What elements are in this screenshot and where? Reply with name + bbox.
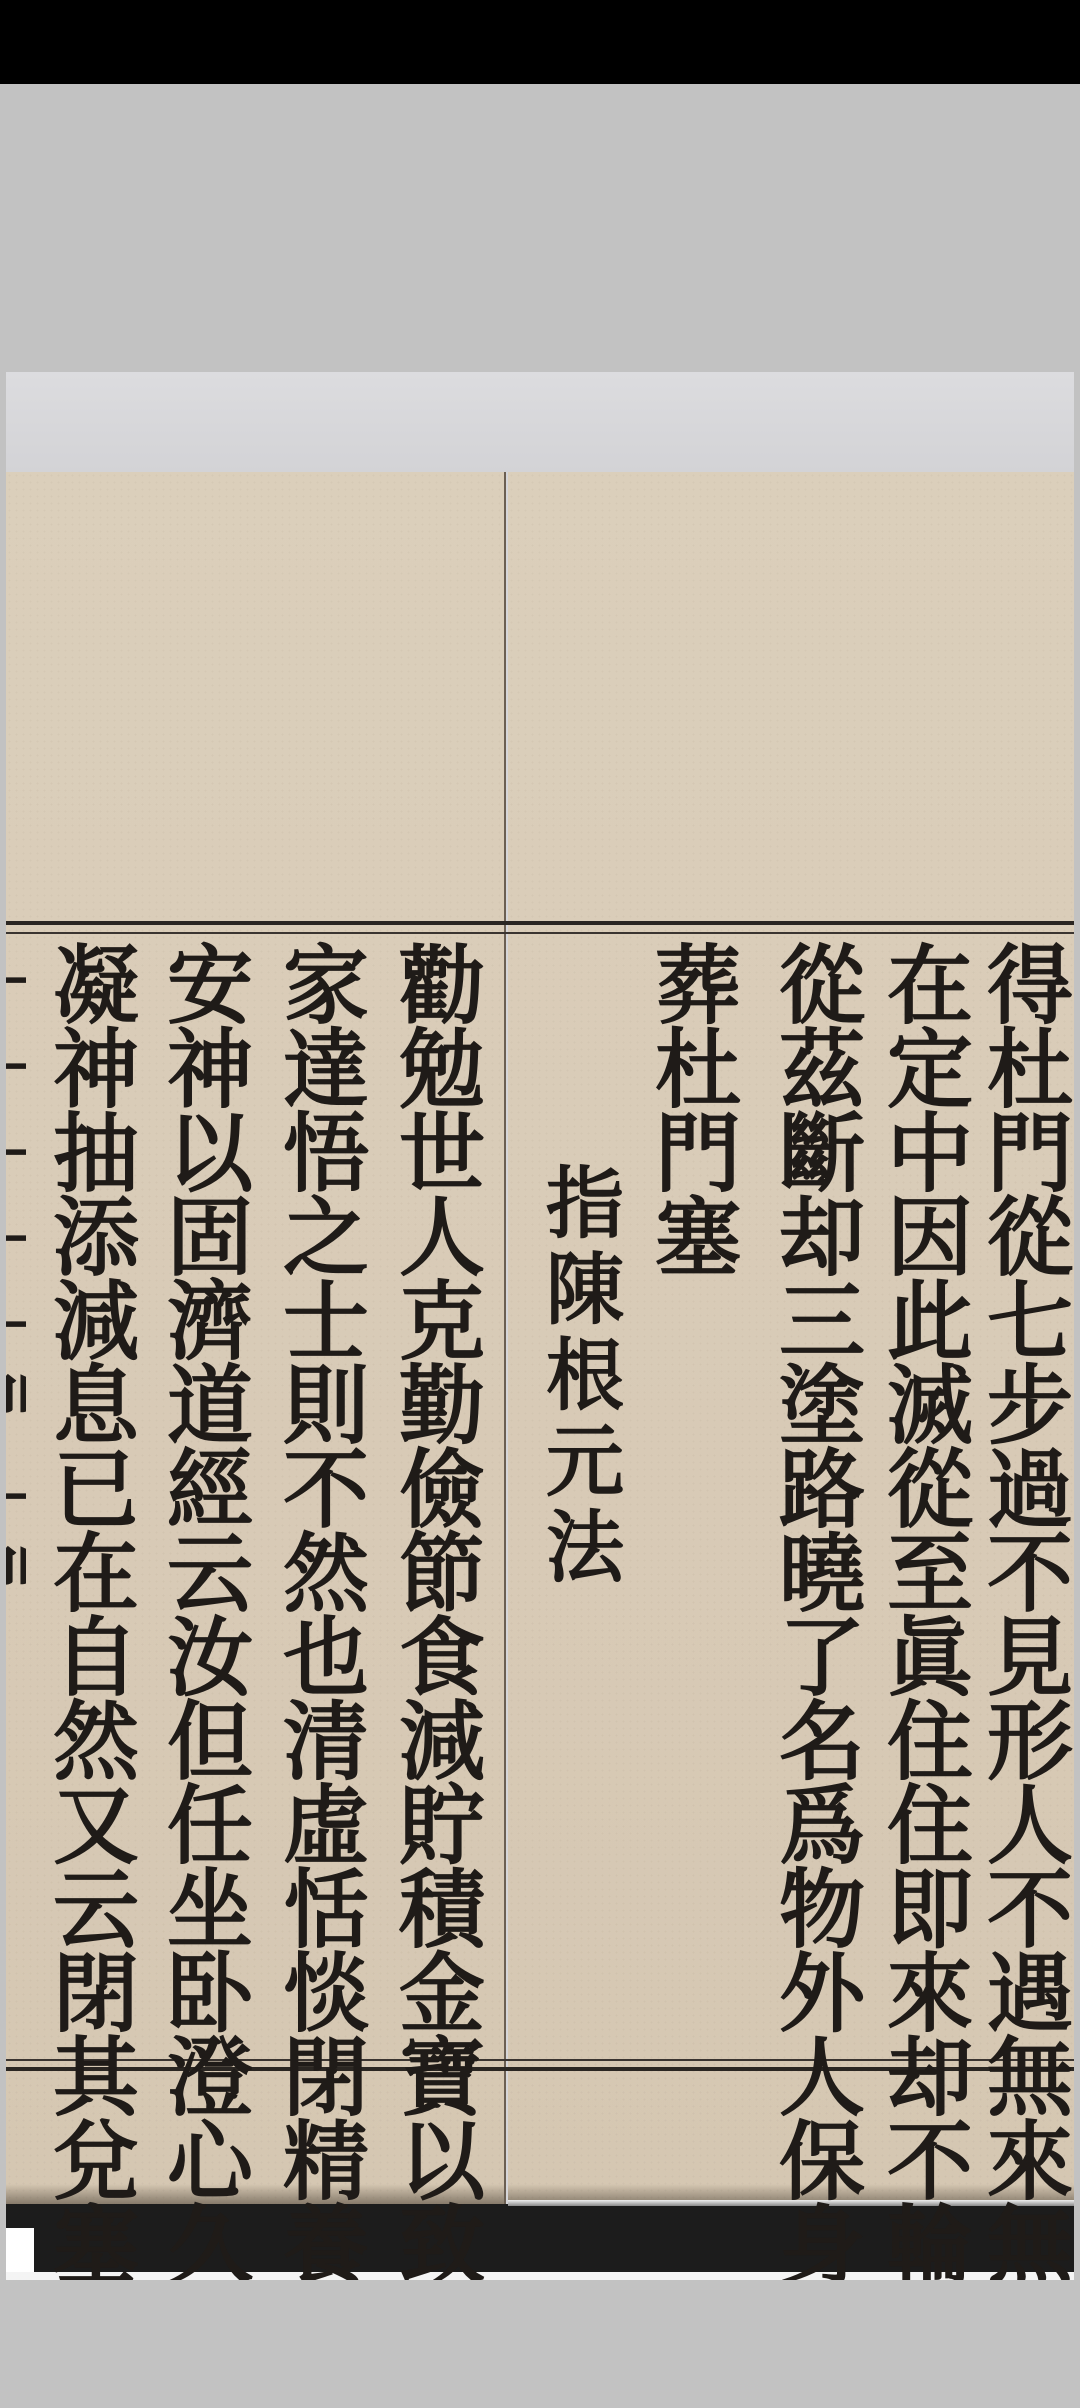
frame-top-thin-line: [6, 932, 1074, 934]
status-bar: [0, 0, 1080, 84]
photo-backdrop: [6, 372, 1074, 472]
image-viewer[interactable]: 得杜門從七步過不見形人不遇無來無去 在定中因此滅從至眞住住即來却不輪廻 從茲斷却…: [0, 84, 1080, 2408]
section-heading-column: 指陳根元法: [530, 1162, 626, 1592]
text-column-right-2: 在定中因此滅從至眞住住即來却不輪廻: [874, 940, 970, 2280]
text-column-left-2: 家達悟之士則不然也清虛恬惔閉精養炁: [270, 940, 366, 2280]
text-column-left-4: 凝神抽添減息已在自然又云閉其兌塞其: [40, 940, 136, 2280]
cut-off-text-column: 一一一一一門一門: [6, 940, 26, 2060]
cut-off-text: 一一一一一門一門: [6, 940, 26, 1628]
frame-top-thick-line: [6, 921, 1074, 925]
text-column-right-1: 得杜門從七步過不見形人不遇無來無去: [974, 940, 1070, 2280]
text-column-right-4: 葬杜門塞: [642, 940, 738, 1276]
text-column-left-3: 安神以固濟道經云汝但任坐卧澄心久視: [154, 940, 250, 2280]
text-column-left-1: 勸勉世人克勤儉節食減貯積金寶以致肥: [386, 940, 482, 2280]
text-column-right-3: 從茲斷却三塗路曉了名爲物外人保身不: [766, 940, 862, 2280]
white-notch: [6, 2228, 34, 2272]
book-photo[interactable]: 得杜門從七步過不見形人不遇無來無去 在定中因此滅從至眞住住即來却不輪廻 從茲斷却…: [6, 372, 1074, 2280]
